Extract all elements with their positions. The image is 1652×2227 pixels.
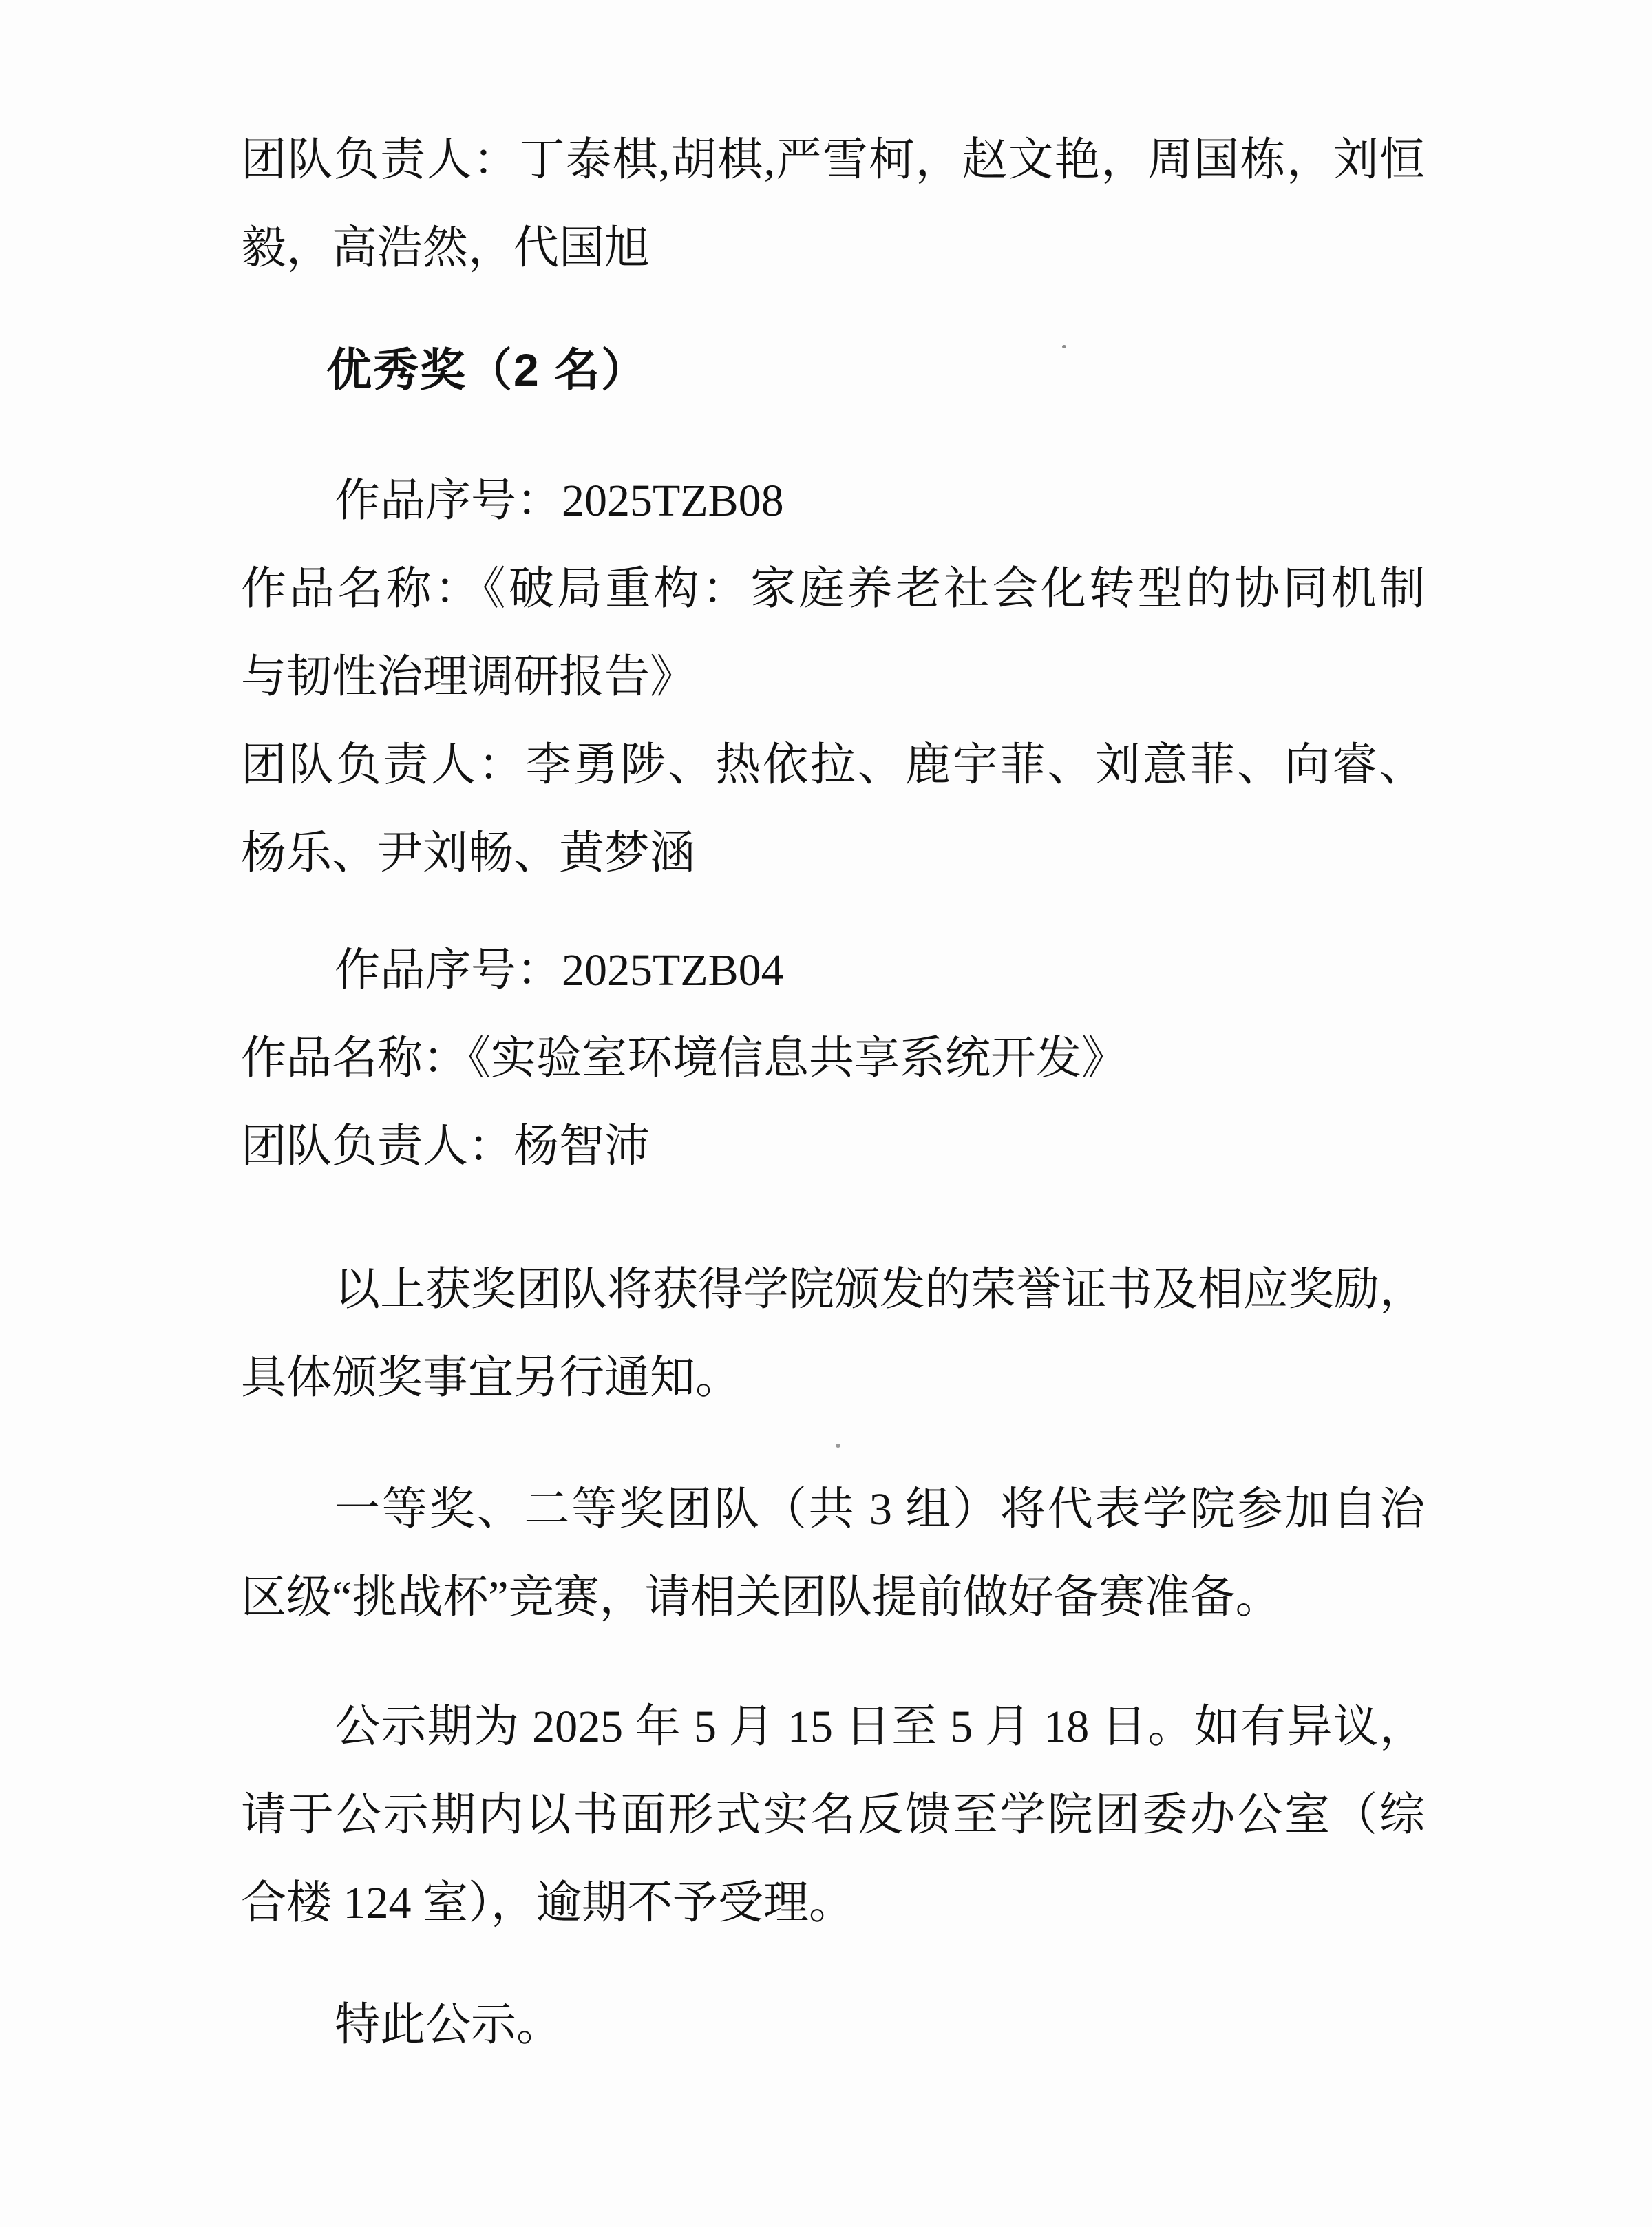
excellence-award-section: 优秀奖（2 名） [241,326,1425,414]
competition-notice-line: 区级“挑战杯”竞赛，请相关团队提前做好备赛准备。 [241,1554,1425,1642]
certificate-notice-line: 以上获奖团队将获得学院颁发的荣誉证书及相应奖励， [241,1246,1425,1334]
team-leader-line: 团队负责人：杨智沛 [241,1103,1425,1191]
team-leader-line: 团队负责人：李勇陟、热依拉、鹿宇菲、刘意菲、向睿、 [241,721,1425,810]
notice-text-block: 团队负责人：丁泰棋,胡棋,严雪柯，赵文艳，周国栋，刘恒 毅，高浩然，代国旭 优秀… [241,116,1425,2069]
award-entry-2025TZB04: 作品序号：2025TZB04 作品名称：《实验室环境信息共享系统开发》 团队负责… [241,927,1425,1191]
work-serial-line: 作品序号：2025TZB08 [241,457,1425,545]
publicity-period-line: 公示期为 2025 年 5 月 15 日至 5 月 18 日。如有异议， [241,1683,1425,1771]
work-title-line: 作品名称：《破局重构：家庭养老社会化转型的协同机制 [241,545,1425,633]
team-leader-line: 杨乐、尹刘畅、黄梦涵 [241,810,1425,898]
competition-notice-line: 一等奖、二等奖团队（共 3 组）将代表学院参加自治 [241,1466,1425,1554]
work-title-line: 与韧性治理调研报告》 [241,633,1425,721]
continued-team-leader-paragraph: 团队负责人：丁泰棋,胡棋,严雪柯，赵文艳，周国栋，刘恒 毅，高浩然，代国旭 [241,116,1425,293]
certificate-notice-line: 具体颁奖事宜另行通知。 [241,1334,1425,1422]
publicity-period-line: 合楼 124 室），逾期不予受理。 [241,1859,1425,1948]
scan-speck [836,1444,840,1448]
team-leader-line: 毅，高浩然，代国旭 [241,204,1425,293]
closing-paragraph: 特此公示。 [241,1981,1425,2069]
team-leader-line: 团队负责人：丁泰棋,胡棋,严雪柯，赵文艳，周国栋，刘恒 [241,116,1425,204]
work-serial-line: 作品序号：2025TZB04 [241,927,1425,1015]
scanned-notice-page: { "page": { "background": "#fdfdfd", "te… [0,0,1652,2227]
certificate-notice-paragraph: 以上获奖团队将获得学院颁发的荣誉证书及相应奖励， 具体颁奖事宜另行通知。 [241,1246,1425,1422]
publicity-period-line: 请于公示期内以书面形式实名反馈至学院团委办公室（综 [241,1771,1425,1859]
scan-speck [1062,345,1066,348]
section-heading-excellence-award: 优秀奖（2 名） [241,326,1425,414]
competition-notice-paragraph: 一等奖、二等奖团队（共 3 组）将代表学院参加自治 区级“挑战杯”竞赛，请相关团… [241,1466,1425,1642]
work-title-line: 作品名称：《实验室环境信息共享系统开发》 [241,1015,1425,1103]
award-entry-2025TZB08: 作品序号：2025TZB08 作品名称：《破局重构：家庭养老社会化转型的协同机制… [241,457,1425,898]
closing-line: 特此公示。 [241,1981,1425,2069]
publicity-period-paragraph: 公示期为 2025 年 5 月 15 日至 5 月 18 日。如有异议， 请于公… [241,1683,1425,1948]
